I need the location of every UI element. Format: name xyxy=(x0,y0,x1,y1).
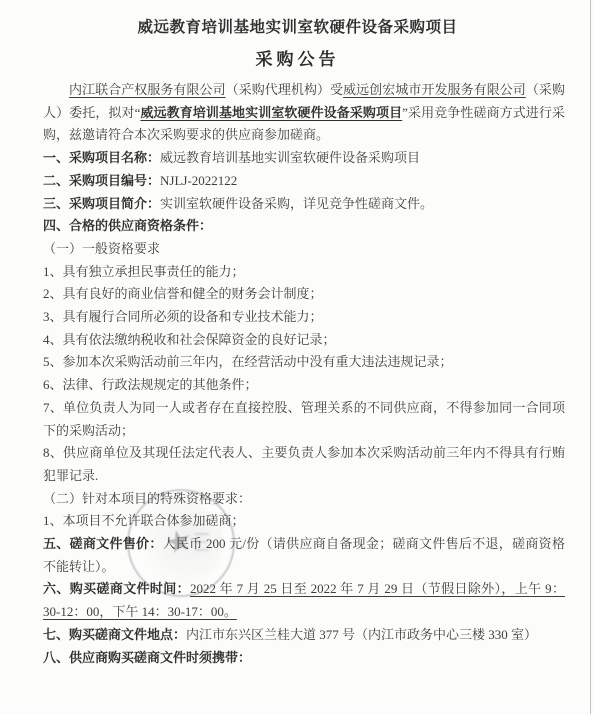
item-project-number-value: NJLJ-2022122 xyxy=(160,173,237,188)
general-requirement-4: 4、具有依法缴纳税收和社会保障资金的良好记录； xyxy=(43,329,565,352)
item-project-brief-value: 实训室软硬件设备采购，详见竞争性磋商文件。 xyxy=(160,196,433,211)
special-requirement-1: 1、本项目不允许联合体参加磋商； xyxy=(43,510,565,533)
item-purchase-place-label: 七、购买磋商文件地点： xyxy=(43,627,186,642)
document-body: 内江联合产权服务有限公司（采购代理机构）受威远创宏城市开发服务有限公司（采购人）… xyxy=(43,79,565,669)
item-purchase-place-value: 内江市东兴区兰桂大道 377 号（内江市政务中心三楼 330 室） xyxy=(186,627,537,642)
document-title: 威远教育培训基地实训室软硬件设备采购项目 xyxy=(0,15,595,37)
item-qualification-heading: 四、合格的供应商资格条件： xyxy=(43,215,565,238)
item-project-brief-label: 三、采购项目简介： xyxy=(43,196,160,211)
item-project-brief: 三、采购项目简介：实训室软硬件设备采购，详见竞争性磋商文件。 xyxy=(43,193,565,216)
item-purchase-time: 六、购买磋商文件时间：2022 年 7 月 25 日至 2022 年 7 月 2… xyxy=(43,578,565,623)
item-project-number: 二、采购项目编号：NJLJ-2022122 xyxy=(43,170,565,193)
scanned-document-page: ★ 威远教育培训基地实训室软硬件设备采购项目 采购公告 内江联合产权服务有限公司… xyxy=(0,0,595,714)
item-document-price: 五、磋商文件售价：人民币 200 元/份（请供应商自备现金；磋商文件售后不退，磋… xyxy=(43,533,565,578)
general-requirement-7: 7、单位负责人为同一人或者存在直接控股、管理关系的不同供应商，不得参加同一合同项… xyxy=(43,397,565,442)
agency-name: 内江联合产权服务有限公司 xyxy=(69,82,226,97)
special-requirements-heading: （二）针对本项目的特殊资格要求： xyxy=(43,488,565,511)
general-requirement-2: 2、具有良好的商业信誉和健全的财务会计制度； xyxy=(43,283,565,306)
item-bring-documents-label: 八、供应商购买磋商文件时须携带： xyxy=(43,650,251,665)
item-bring-documents-heading: 八、供应商购买磋商文件时须携带： xyxy=(43,647,565,670)
page-edge-line xyxy=(590,0,591,714)
item-project-name-label: 一、采购项目名称： xyxy=(43,150,160,165)
item-project-number-label: 二、采购项目编号： xyxy=(43,173,160,188)
purchaser-name: 威远创宏城市开发服务有限公司 xyxy=(343,82,526,97)
general-requirement-6: 6、法律、行政法规规定的其他条件； xyxy=(43,374,565,397)
general-requirements-heading: （一）一般资格要求 xyxy=(43,238,565,261)
document-subtitle: 采购公告 xyxy=(0,45,595,70)
item-project-name: 一、采购项目名称：威远教育培训基地实训室软硬件设备采购项目 xyxy=(43,147,565,170)
intro-paragraph: 内江联合产权服务有限公司（采购代理机构）受威远创宏城市开发服务有限公司（采购人）… xyxy=(43,79,565,147)
project-name: 威远教育培训基地实训室软硬件设备采购项目 xyxy=(140,105,402,120)
item-purchase-time-label: 六、购买磋商文件时间： xyxy=(43,581,190,596)
general-requirement-1: 1、具有独立承担民事责任的能力； xyxy=(43,261,565,284)
general-requirement-8: 8、供应商单位及其现任法定代表人、主要负责人参加本次采购活动前三年内不得具有行贿… xyxy=(43,442,565,487)
intro-text-1: （采购代理机构）受 xyxy=(226,82,343,97)
general-requirement-3: 3、具有履行合同所必须的设备和专业技术能力； xyxy=(43,306,565,329)
item-document-price-label: 五、磋商文件售价： xyxy=(43,536,163,551)
item-project-name-value: 威远教育培训基地实训室软硬件设备采购项目 xyxy=(160,150,420,165)
item-qualification-heading-label: 四、合格的供应商资格条件： xyxy=(43,218,212,233)
item-purchase-place: 七、购买磋商文件地点：内江市东兴区兰桂大道 377 号（内江市政务中心三楼 33… xyxy=(43,624,565,647)
general-requirement-5: 5、参加本次采购活动前三年内，在经营活动中没有重大违法违规记录； xyxy=(43,351,565,374)
